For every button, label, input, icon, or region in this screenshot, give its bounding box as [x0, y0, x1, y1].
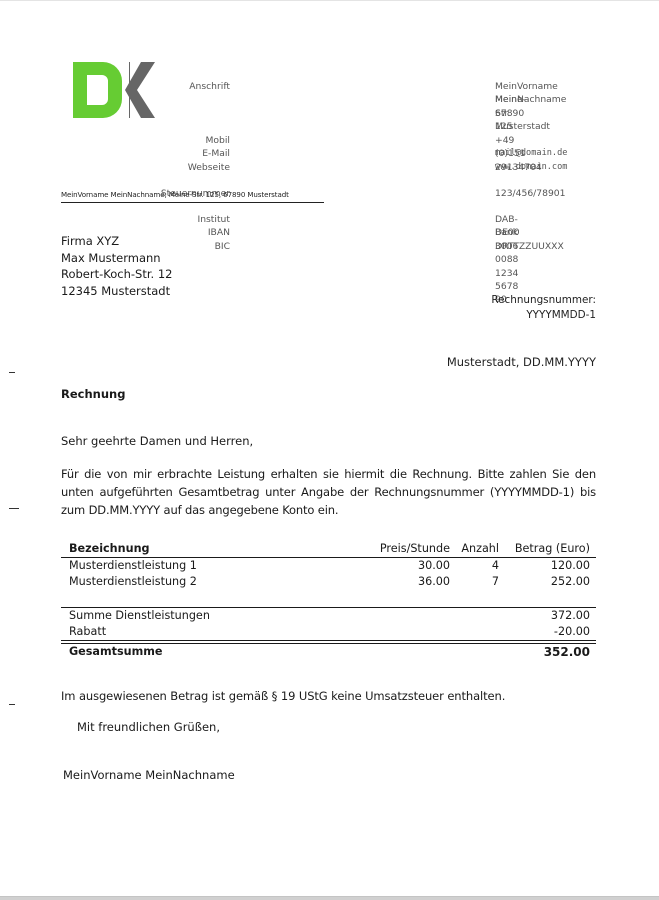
place-date: Musterstadt, DD.MM.YYYY: [447, 355, 596, 369]
recipient-address: Firma XYZ Max Mustermann Robert-Koch-Str…: [61, 233, 172, 299]
header-description: Bezeichnung: [69, 541, 150, 557]
total-amount: 352.00: [544, 644, 590, 660]
row-amount: 252.00: [551, 574, 590, 590]
page-top-edge: [0, 0, 659, 1]
tax-number-value: 123/456/78901: [495, 187, 566, 200]
table-row: Musterdienstleistung 1 30.00 4 120.00: [61, 558, 596, 574]
recipient-street: Robert-Koch-Str. 12: [61, 266, 172, 283]
recipient-person: Max Mustermann: [61, 250, 172, 267]
subtotal-row: Summe Dienstleistungen 372.00: [61, 608, 596, 624]
signature-name: MeinVorname MeinNachname: [63, 768, 235, 782]
table-row: Musterdienstleistung 2 36.00 7 252.00: [61, 574, 596, 590]
fold-mark-top: [9, 372, 15, 373]
fold-mark-bottom: [9, 704, 15, 705]
salutation: Sehr geehrte Damen und Herren,: [61, 434, 253, 448]
punch-mark: [9, 508, 19, 509]
row-quantity: 7: [492, 574, 499, 590]
row-description: Musterdienstleistung 1: [69, 558, 197, 574]
row-price: 36.00: [418, 574, 450, 590]
page-bottom-edge: [0, 896, 659, 900]
invoice-number-value: YYYYMMDD-1: [491, 308, 596, 323]
discount-label: Rabatt: [69, 624, 106, 640]
table-header-row: Bezeichnung Preis/Stunde Anzahl Betrag (…: [61, 541, 596, 557]
row-quantity: 4: [492, 558, 499, 574]
total-row: Gesamtsumme 352.00: [61, 644, 596, 660]
website-label: Webseite: [110, 161, 230, 174]
header-price: Preis/Stunde: [380, 541, 450, 557]
invoice-table: Bezeichnung Preis/Stunde Anzahl Betrag (…: [61, 541, 596, 660]
row-price: 30.00: [418, 558, 450, 574]
return-address-line: MeinVorname MeinNachname, Meine-Str. 125…: [61, 190, 324, 203]
email-value[interactable]: mail@domain.de: [495, 147, 567, 160]
bic-value: DRTTZZUUXXX: [495, 240, 564, 253]
total-label: Gesamtsumme: [69, 644, 163, 660]
body-paragraph: Für die von mir erbrachte Leistung erhal…: [61, 466, 596, 519]
subject-heading: Rechnung: [61, 387, 125, 401]
header-quantity: Anzahl: [461, 541, 499, 557]
header-amount: Betrag (Euro): [515, 541, 590, 557]
address-label: Anschrift: [110, 80, 230, 93]
invoice-number-label: Rechnungsnummer:: [491, 293, 596, 308]
bank-label: Institut: [110, 213, 230, 226]
discount-amount: -20.00: [554, 624, 590, 640]
mobile-label: Mobil: [110, 134, 230, 147]
recipient-city: 12345 Musterstadt: [61, 283, 172, 300]
website-value[interactable]: www.domain.com: [495, 161, 567, 174]
row-description: Musterdienstleistung 2: [69, 574, 197, 590]
closing-phrase: Mit freundlichen Grüßen,: [77, 720, 220, 734]
sender-city: 67890 Musterstadt: [495, 107, 550, 134]
subtotal-label: Summe Dienstleistungen: [69, 608, 210, 624]
email-label: E-Mail: [110, 147, 230, 160]
recipient-company: Firma XYZ: [61, 233, 172, 250]
subtotal-amount: 372.00: [551, 608, 590, 624]
invoice-number-block: Rechnungsnummer: YYYYMMDD-1: [491, 293, 596, 323]
tax-note: Im ausgewiesenen Betrag ist gemäß § 19 U…: [61, 689, 505, 703]
discount-row: Rabatt -20.00: [61, 624, 596, 640]
row-amount: 120.00: [551, 558, 590, 574]
